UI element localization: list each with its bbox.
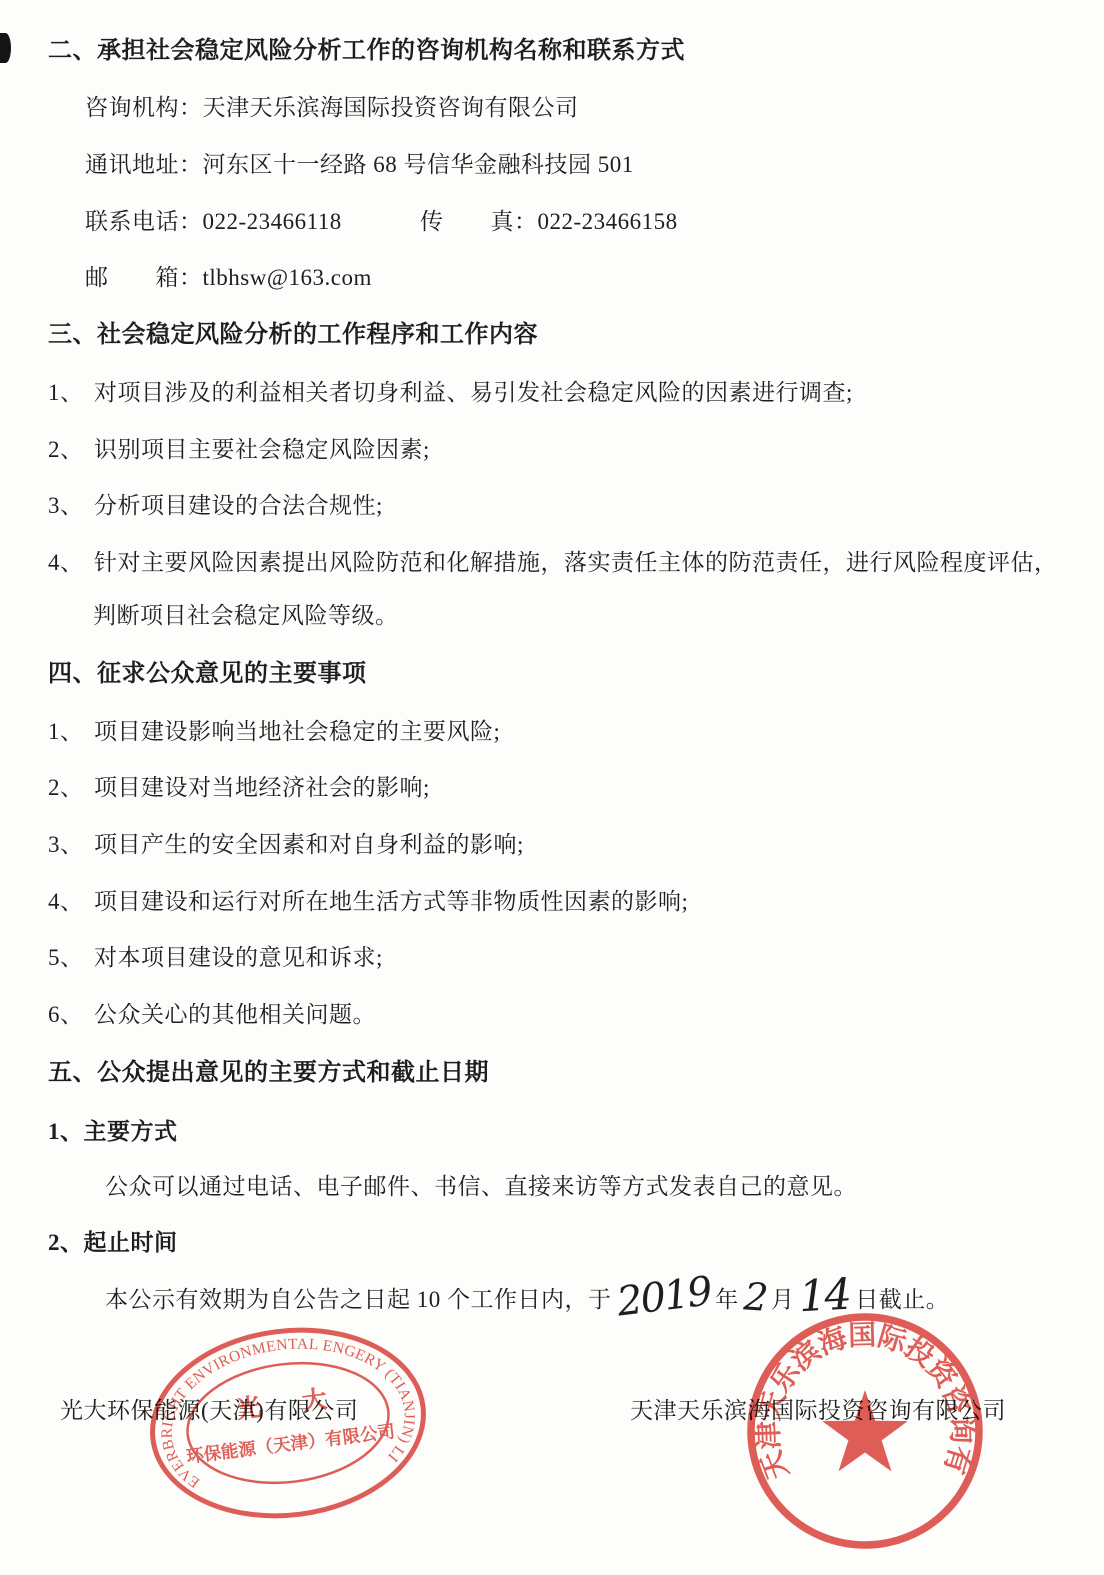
phone-fax-line: 联系电话：022-23466118 传 真：022-23466158 [85,207,342,237]
item-text: 识别项目主要社会稳定风险因素; [94,437,430,462]
list-item: 2、项目建设对当地经济社会的影响; [48,773,430,803]
item-number: 2、 [48,773,94,803]
list-item: 6、公众关心的其他相关问题。 [48,1000,376,1030]
left-stamp-inner-bottom: 环保能源（天津）有限公司 [185,1421,396,1466]
handwritten-year: 2019 [617,1291,710,1302]
subheading-method: 1、主要方式 [48,1117,178,1147]
item-text: 针对主要风险因素提出风险防范和化解措施，落实责任主体的防范责任，进行风险程度评估… [94,550,1058,575]
item-number: 2、 [48,435,94,465]
item-text: 公众关心的其他相关问题。 [94,1002,376,1027]
section3-heading: 三、社会稳定风险分析的工作程序和工作内容 [48,320,538,350]
subheading-period: 2、起止时间 [48,1228,178,1258]
section5-heading: 五、公众提出意见的主要方式和截止日期 [48,1058,489,1088]
scanned-document-page: 二、承担社会稳定风险分析工作的咨询机构名称和联系方式 咨询机构：天津天乐滨海国际… [0,0,1104,1575]
item-text: 对项目涉及的利益相关者切身利益、易引发社会稳定风险的因素进行调查; [94,380,853,405]
email-line: 邮 箱：tlbhsw@163.com [85,263,372,293]
list-item: 1、项目建设影响当地社会稳定的主要风险; [48,717,500,747]
handwritten-month: 2 [744,1296,766,1298]
item-text: 项目建设对当地经济社会的影响; [94,775,430,800]
list-item: 1、对项目涉及的利益相关者切身利益、易引发社会稳定风险的因素进行调查; [48,378,853,408]
handwritten-day: 14 [800,1295,851,1298]
item-number: 4、 [48,887,94,917]
item-number: 1、 [48,378,94,408]
item-text: 分析项目建设的合法合规性; [94,493,383,518]
item-number: 1、 [48,717,94,747]
phone-value: 联系电话：022-23466118 [85,209,342,234]
list-item: 3、项目产生的安全因素和对自身利益的影响; [48,830,524,860]
item-text: 对本项目建设的意见和诉求; [94,945,383,970]
scan-artifact [0,33,11,63]
right-round-stamp: 天津天乐滨海国际投资咨询有限公司 [742,1308,988,1554]
list-item: 2、识别项目主要社会稳定风险因素; [48,435,430,465]
svg-text:天津天乐滨海国际投资咨询有限公司: 天津天乐滨海国际投资咨询有限公司 [742,1308,977,1484]
item-text: 项目产生的安全因素和对自身利益的影响; [94,832,524,857]
unit-year: 年 [715,1287,739,1312]
right-stamp-ring-text: 天津天乐滨海国际投资咨询有限公司 [742,1308,977,1484]
fax-value: 传 真：022-23466158 [420,207,678,237]
list-item: 4、项目建设和运行对所在地生活方式等非物质性因素的影响; [48,887,688,917]
left-oval-stamp: EVERBRIGHT ENVIRONMENTAL ENGERY (TIANJIN… [131,1303,446,1543]
method-paragraph: 公众可以通过电话、电子邮件、书信、直接来访等方式发表自己的意见。 [105,1172,857,1202]
item-number: 3、 [48,830,94,860]
item-number: 3、 [48,491,94,521]
item-number: 4、 [48,548,94,578]
item-number: 6、 [48,1000,94,1030]
item-text: 项目建设影响当地社会稳定的主要风险; [94,719,500,744]
list-item: 3、分析项目建设的合法合规性; [48,491,383,521]
item-number: 5、 [48,943,94,973]
item-text: 项目建设和运行对所在地生活方式等非物质性因素的影响; [94,889,688,914]
list-item-continuation: 判断项目社会稳定风险等级。 [93,601,399,631]
address-line: 通讯地址：河东区十一经路 68 号信华金融科技园 501 [85,150,634,180]
section2-heading: 二、承担社会稳定风险分析工作的咨询机构名称和联系方式 [48,36,685,66]
stamp-star-icon [822,1390,908,1471]
deadline-prefix: 本公示有效期为自公告之日起 10 个工作日内，于 [105,1287,612,1312]
list-item: 5、对本项目建设的意见和诉求; [48,943,383,973]
section4-heading: 四、征求公众意见的主要事项 [48,659,367,689]
left-stamp-inner-top: 光 大 [235,1384,337,1424]
list-item: 4、针对主要风险因素提出风险防范和化解措施，落实责任主体的防范责任，进行风险程度… [48,548,1058,578]
consult-agency-line: 咨询机构：天津天乐滨海国际投资咨询有限公司 [85,93,579,123]
